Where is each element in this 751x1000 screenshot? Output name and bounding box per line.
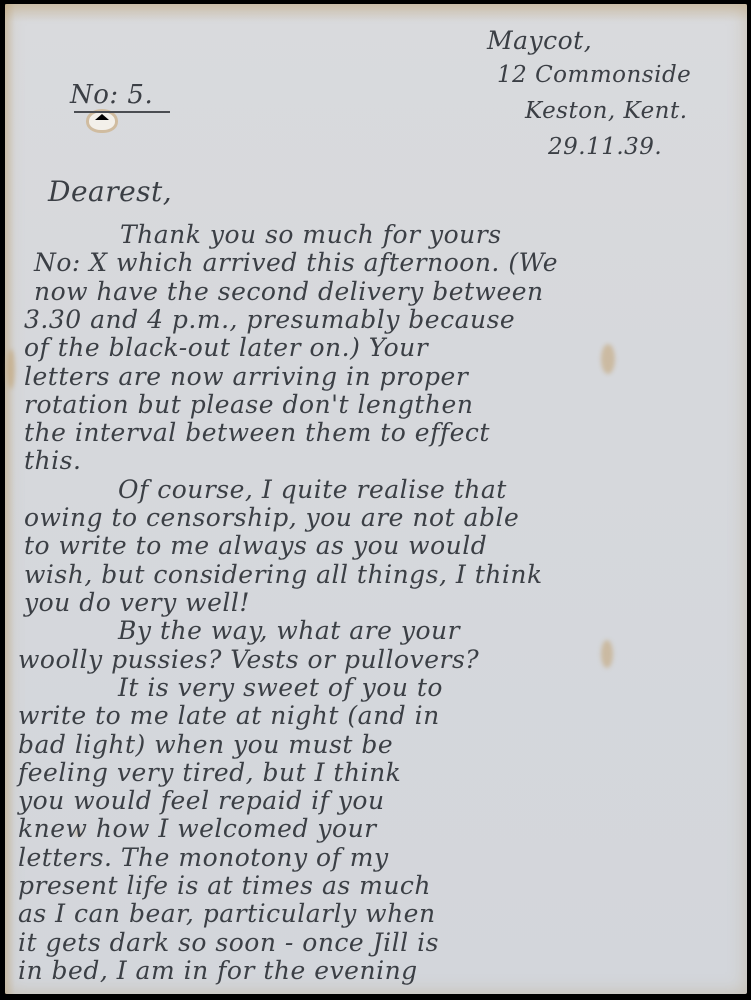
paper-stain bbox=[601, 344, 615, 374]
letter-line: write to me late at night (and in bbox=[18, 703, 440, 728]
paper-stain bbox=[601, 640, 613, 668]
letter-line: this. bbox=[24, 448, 81, 473]
letter-line: you would feel repaid if you bbox=[18, 788, 385, 813]
letter-line: knew how I welcomed your bbox=[18, 816, 377, 841]
letter-line: rotation but please don't lengthen bbox=[24, 392, 473, 417]
letter-line: wish, but considering all things, I thin… bbox=[24, 562, 543, 587]
letter-line: letters. The monotony of my bbox=[18, 845, 389, 870]
letter-line: woolly pussies? Vests or pullovers? bbox=[18, 647, 479, 672]
letter-line: of the black-out later on.) Your bbox=[24, 335, 428, 360]
address-house: Maycot, bbox=[487, 28, 592, 53]
letter-line: present life is at times as much bbox=[18, 873, 431, 898]
letter-number-underline bbox=[74, 111, 170, 113]
letter-number: No: 5. bbox=[70, 82, 153, 108]
letter-line: No: X which arrived this afternoon. (We bbox=[34, 250, 558, 275]
letter-line: Thank you so much for yours bbox=[120, 222, 502, 247]
salutation: Dearest, bbox=[48, 178, 172, 206]
letter-line: It is very sweet of you to bbox=[118, 675, 443, 700]
letter-line: the interval between them to effect bbox=[24, 420, 490, 445]
letter-line: letters are now arriving in proper bbox=[24, 364, 468, 389]
letter-line: to write to me always as you would bbox=[24, 533, 487, 558]
letter-line: now have the second delivery between bbox=[34, 279, 544, 304]
letter-line: it gets dark so soon - once Jill is bbox=[18, 930, 439, 955]
letter-line: you do very well! bbox=[24, 590, 250, 615]
letter-line: feeling very tired, but I think bbox=[18, 760, 401, 785]
paper-stain bbox=[7, 349, 15, 389]
letter-line: Of course, I quite realise that bbox=[118, 477, 507, 502]
letter-date: 29.11.39. bbox=[548, 136, 662, 159]
letter-line: By the way, what are your bbox=[118, 618, 460, 643]
letter-line: bad light) when you must be bbox=[18, 732, 393, 757]
punch-hole bbox=[89, 112, 115, 130]
letter-line: 3.30 and 4 p.m., presumably because bbox=[24, 307, 515, 332]
letter-line: in bed, I am in for the evening bbox=[18, 958, 418, 983]
address-street: 12 Commonside bbox=[497, 64, 691, 87]
letter-line: as I can bear, particularly when bbox=[18, 901, 436, 926]
letter-line: owing to censorship, you are not able bbox=[24, 505, 519, 530]
address-town: Keston, Kent. bbox=[525, 100, 688, 123]
